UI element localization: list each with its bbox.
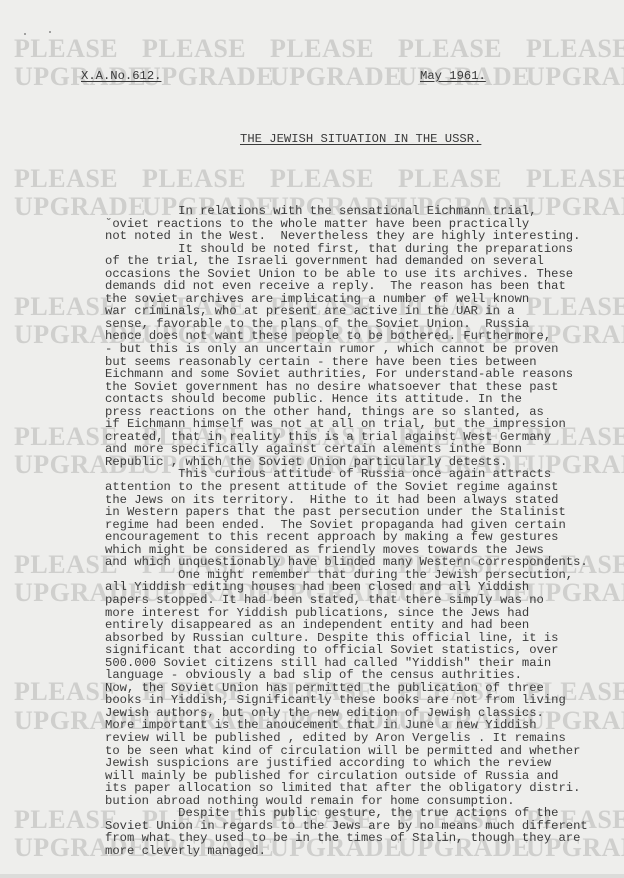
watermark-text: PLEASE [14,34,142,64]
body-line: review will be published , edited by Aro… [105,732,588,745]
body-line: significant that according to official S… [105,644,588,657]
watermark-text: PLEASE [14,164,142,194]
watermark-text: PLEASE [142,164,270,194]
watermark-text: PLEASE [398,164,526,194]
watermark-text: PLEASE [526,34,624,64]
body-line: Jewish suspicions are justified accordin… [105,757,588,770]
document-reference: X.A.No.612. [81,70,161,83]
page-edge [0,874,624,878]
watermark-text: PLEASE [270,164,398,194]
body-line: entirely disappeared as an independent e… [105,619,588,632]
body-line: in Western papers that the past persecut… [105,506,588,519]
body-line: contacts should become public. Hence its… [105,393,588,406]
watermark-please: PLEASEPLEASEPLEASEPLEASEPLEASE [14,164,624,194]
body-line: Eichmann and some Soviet authrities, For… [105,368,588,381]
body-line: books in Yiddish, Significantly these bo… [105,694,588,707]
document-page: PLEASEPLEASEPLEASEPLEASEPLEASE UPGRADEUP… [0,0,624,878]
body-line: if Eichmann himself was not at all on tr… [105,418,588,431]
body-line: encouragement to this recent approach by… [105,531,588,544]
watermark-text: PLEASE [270,34,398,64]
watermark-text: PLEASE [526,164,624,194]
body-line: language - obviously a bad slip of the c… [105,669,588,682]
body-line: In relations with the sensational Eichma… [105,205,588,218]
document-title: THE JEWISH SITUATION IN THE USSR. [240,133,481,146]
body-line: from what they used to be in the times o… [105,832,588,845]
body-line: more cleverly managed. [105,845,588,858]
body-line: not noted in the West. Nevertheless they… [105,230,588,243]
body-line: attention to the present attitude of the… [105,481,588,494]
paper-speck [49,31,51,33]
watermark-text: PLEASE [142,34,270,64]
watermark-text: PLEASE [398,34,526,64]
document-date: May 1961. [420,70,486,83]
watermark-text: UPGRADE [270,62,398,92]
paper-speck [24,33,26,35]
body-line: Despite this public gesture, the true ac… [105,807,588,820]
watermark-please: PLEASEPLEASEPLEASEPLEASEPLEASE [14,34,624,64]
body-line: papers stopped. It had been stated, that… [105,594,588,607]
body-line: demands did not even receive a reply. Th… [105,280,588,293]
watermark-text: UPGRADE [526,62,624,92]
body-line: - but this is only an uncertain rumor , … [105,343,588,356]
body-line: its paper allocation so limited that aft… [105,782,588,795]
body-line: of the trial, the Israeli government had… [105,255,588,268]
document-body: In relations with the sensational Eichma… [105,205,588,857]
body-line: and which unquestionably have blinded ma… [105,556,588,569]
